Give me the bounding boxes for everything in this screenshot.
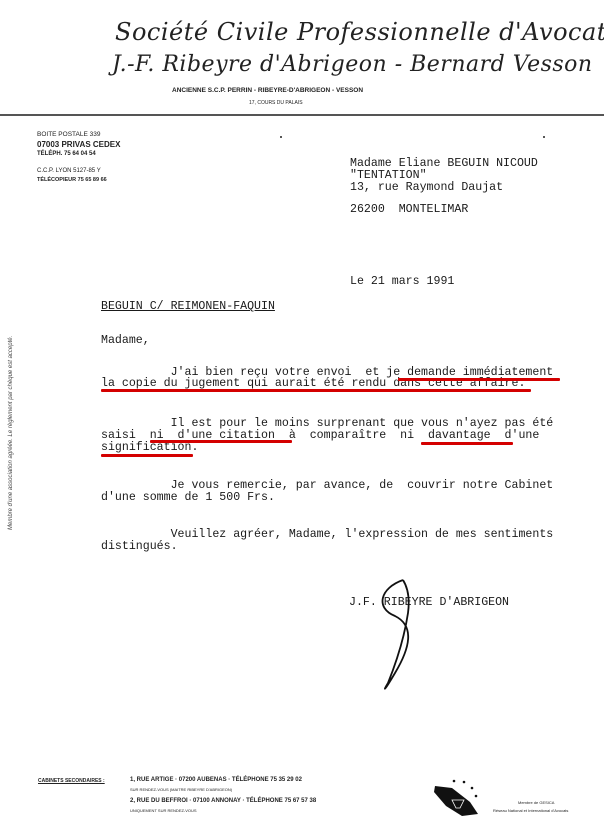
gesica-logo-icon bbox=[432, 778, 487, 818]
footer-office1: 1, RUE ARTIGE · 07200 AUBENAS · TÉLÉPHON… bbox=[130, 777, 302, 783]
sender-city: 07003 PRIVAS CEDEX bbox=[37, 140, 120, 149]
sender-ccp: C.C.P. LYON 5127-85 Y bbox=[37, 168, 101, 174]
highlight-underline bbox=[398, 378, 560, 381]
partners-names: J.-F. Ribeyre d'Abrigeon - Bernard Vesso… bbox=[112, 52, 593, 77]
firm-name: Société Civile Professionnelle d'Avocats bbox=[115, 18, 604, 46]
margin-note: Membre d'une association agréée. Le règl… bbox=[8, 336, 14, 530]
network-name: Réseau National et International d'Avoca… bbox=[493, 808, 568, 813]
footer-label: CABINETS SECONDAIRES : bbox=[38, 778, 105, 784]
po-box: BOITE POSTALE 339 bbox=[37, 131, 100, 138]
fold-mark-left bbox=[280, 136, 282, 138]
highlight-underline bbox=[421, 442, 513, 445]
salutation: Madame, bbox=[101, 334, 150, 347]
former-firm: ANCIENNE S.C.P. PERRIN - RIBEYRE-D'ABRIG… bbox=[172, 87, 363, 94]
recipient-street: 13, rue Raymond Daujat bbox=[350, 181, 503, 194]
footer-office1-note: SUR RENDEZ-VOUS (MAITRE RIBEYRE D'ABRIGE… bbox=[130, 787, 232, 792]
footer-office2: 2, RUE DU BEFFROI · 07100 ANNONAY · TÉLÉ… bbox=[130, 798, 316, 804]
body-p4-line2: distingués. bbox=[101, 540, 178, 553]
header-rule bbox=[0, 114, 604, 116]
body-p3-line2: d'une somme de 1 500 Frs. bbox=[101, 491, 275, 504]
sender-fax: TÉLÉCOPIEUR 75 65 89 66 bbox=[37, 177, 107, 183]
fold-mark-right bbox=[543, 136, 545, 138]
handwritten-signature bbox=[370, 578, 440, 693]
sender-phone: TÉLÉPH. 75 64 04 54 bbox=[37, 151, 96, 157]
highlight-underline bbox=[101, 454, 193, 457]
letter-subject: BEGUIN C/ REIMONEN-FAQUIN bbox=[101, 300, 275, 313]
highlight-underline bbox=[101, 389, 531, 392]
highlight-underline bbox=[150, 440, 292, 443]
letter-date: Le 21 mars 1991 bbox=[350, 275, 454, 288]
recipient-city: 26200 MONTELIMAR bbox=[350, 203, 468, 216]
footer-office2-note: UNIQUEMENT SUR RENDEZ-VOUS bbox=[130, 808, 197, 813]
firm-address: 17, COURS DU PALAIS bbox=[249, 100, 303, 106]
network-member: Membre de GESICA bbox=[518, 800, 554, 805]
